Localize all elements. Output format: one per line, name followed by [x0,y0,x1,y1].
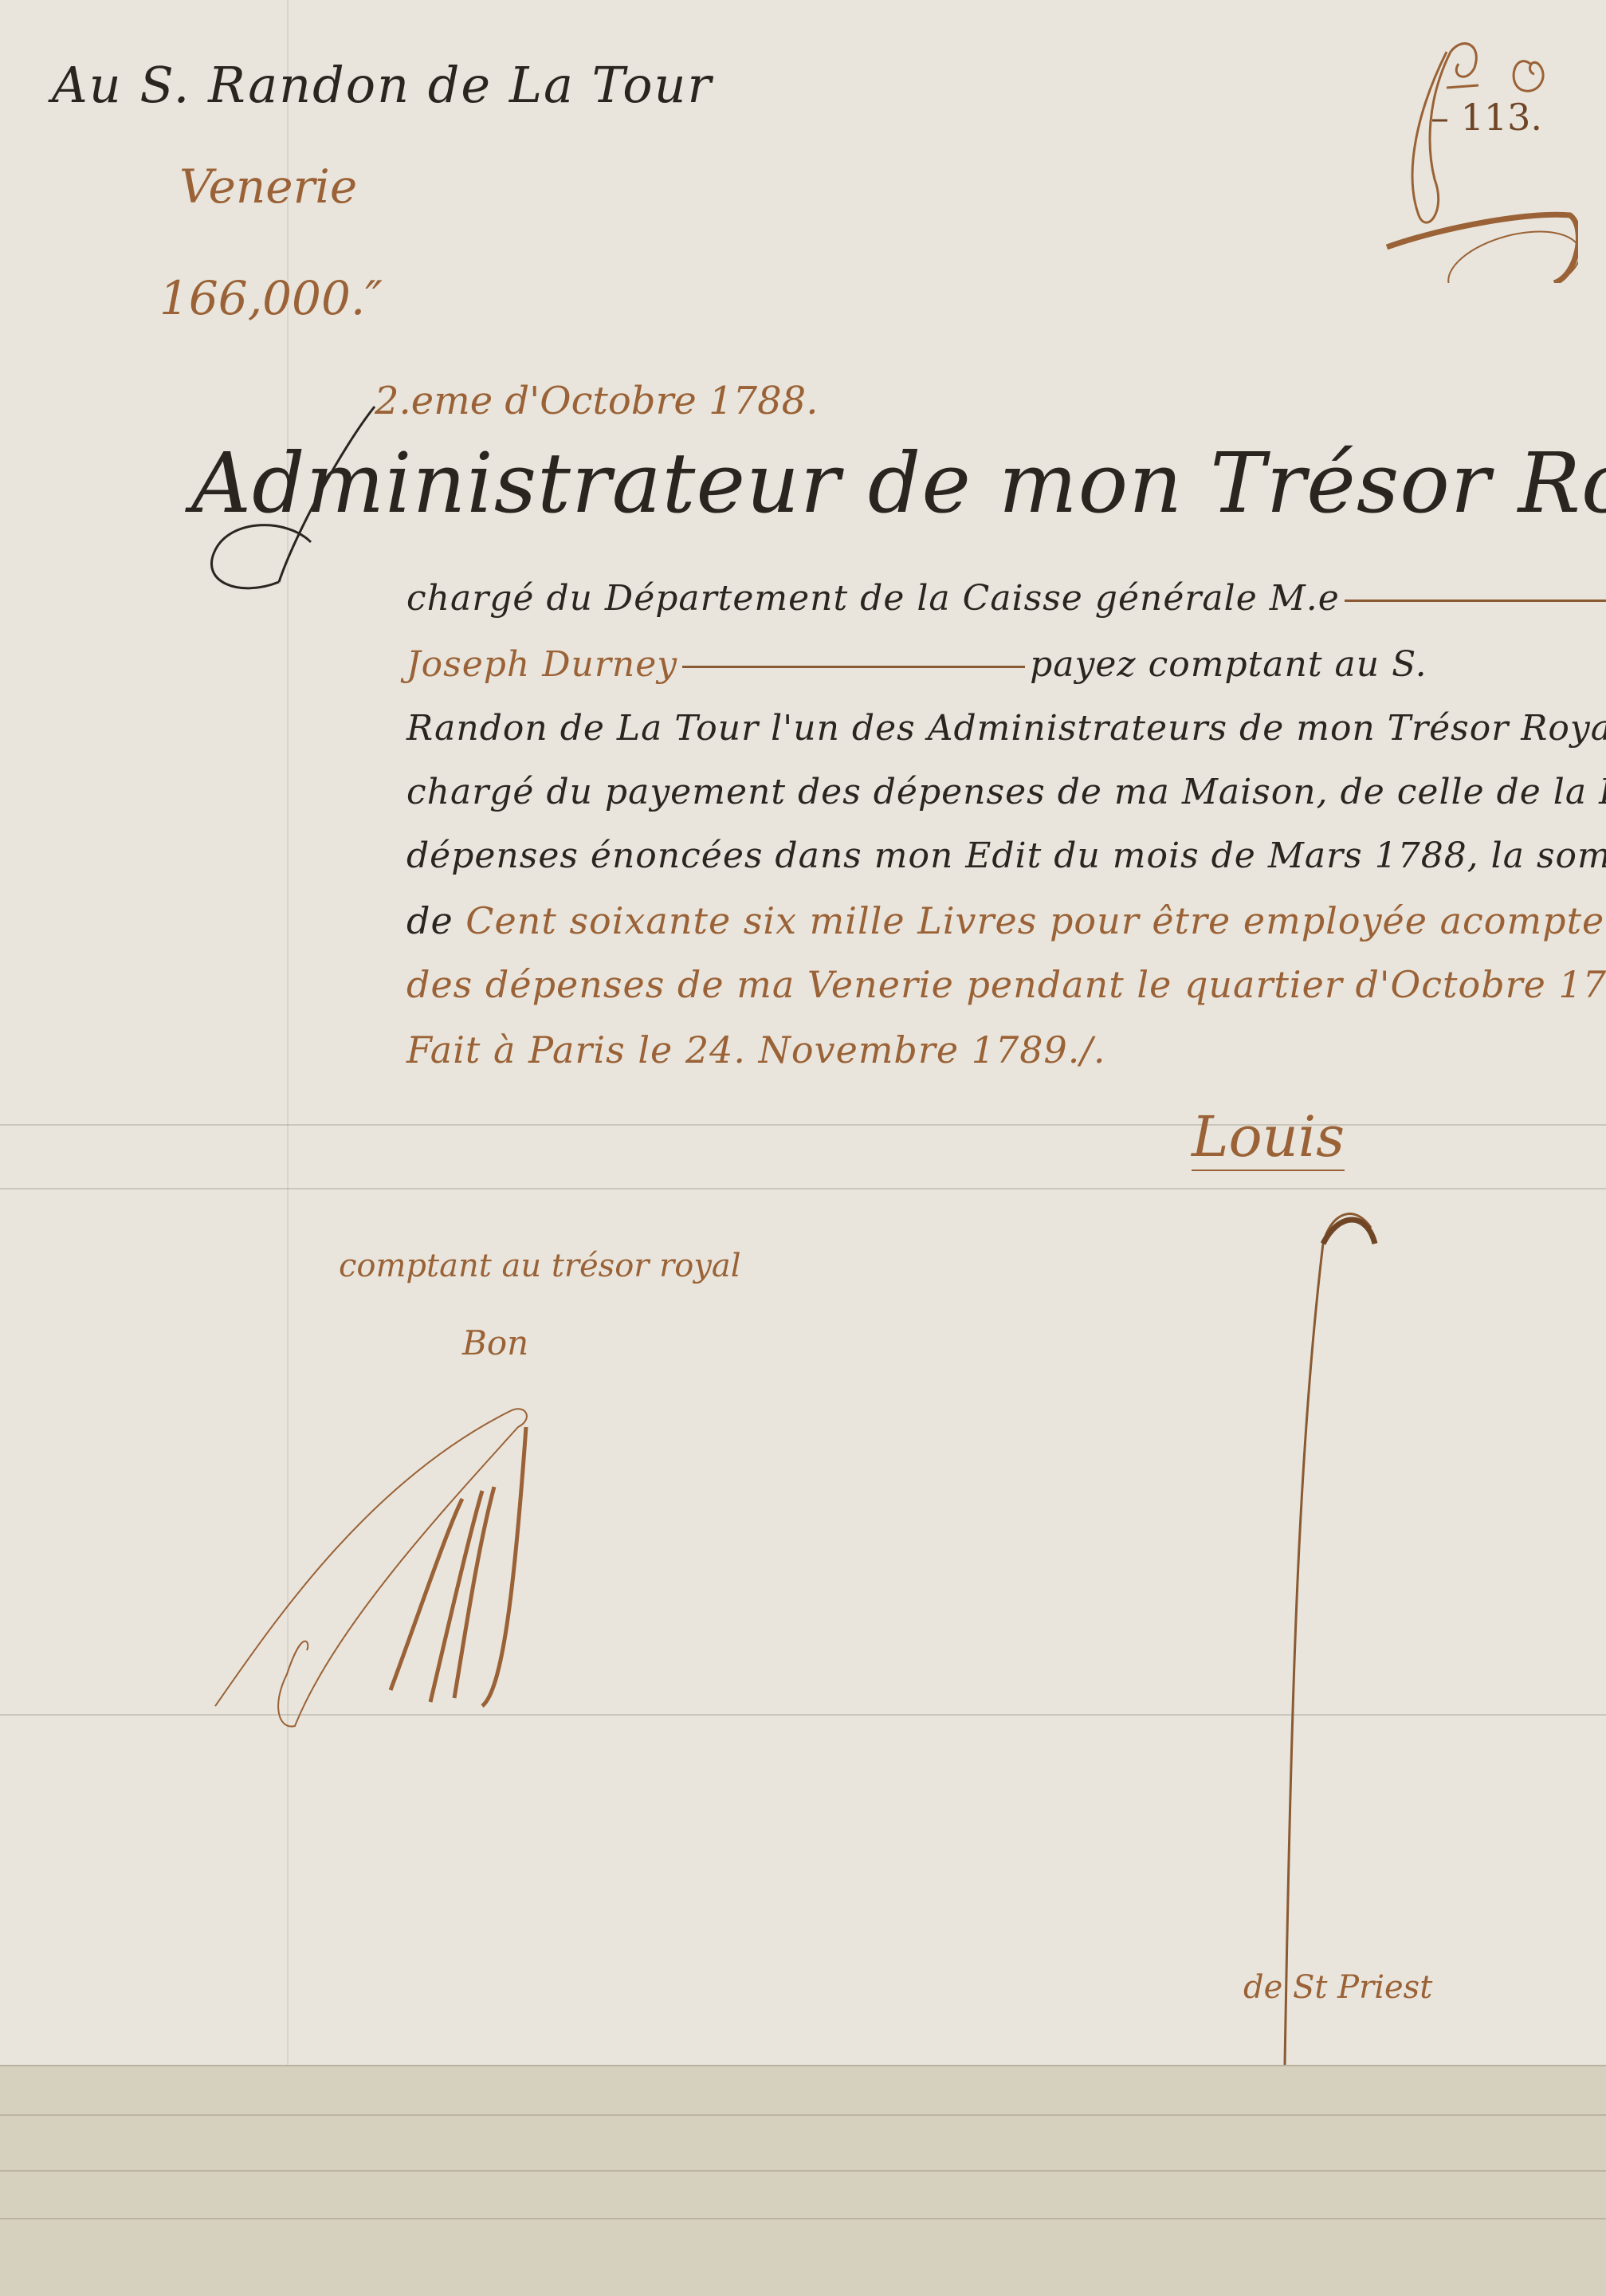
body-line-3: Randon de La Tour l'un des Administrateu… [406,708,1606,749]
blank-rule [1345,600,1606,602]
body-line-7: des dépenses de ma Venerie pendant le qu… [406,963,1606,1006]
body-text: payez comptant au S. [1030,644,1427,685]
body-line-2: Joseph Durneypayez comptant au S. [406,644,1427,685]
body-line-1: chargé du Département de la Caisse génér… [406,578,1606,619]
paraph-stroke-icon [1275,1204,1403,2065]
folio-flourish-icon [1371,20,1578,283]
mount-crease [0,2114,1606,2116]
document-title: Administrateur de mon Trésor Royal [191,434,1606,532]
fold-line [0,1124,1606,1126]
date-line: Fait à Paris le 24. Novembre 1789./. [406,1028,1106,1071]
fold-line [0,1188,1606,1189]
sum-in-words: Cent soixante six mille Livres pour être… [465,899,1606,942]
mount-crease [0,2170,1606,2172]
addressee: Au S. Randon de La Tour [52,56,713,114]
blank-rule [682,666,1025,668]
approval-signature-icon [207,1387,622,1730]
document-sheet: Au S. Randon de La Tour Venerie 166,000.… [0,0,1606,2065]
mount-crease [0,2218,1606,2219]
body-line-5: dépenses énoncées dans mon Edit du mois … [406,835,1606,876]
body-line-4: chargé du payement des dépenses de ma Ma… [406,772,1606,812]
folio-number: – 113. [1431,96,1542,139]
amount-figure: 166,000.″ [159,271,383,325]
body-text: chargé du Département de la Caisse génér… [406,578,1340,619]
department-label: Venerie [179,159,357,214]
minister-countersignature: de St Priest [1243,1969,1432,2006]
approval-bon: Bon [462,1323,528,1362]
treasurer-name: Joseph Durney [406,644,677,685]
approval-note: comptant au trésor royal [339,1248,741,1284]
mount-board [0,2065,1606,2296]
body-text: de [406,899,454,942]
king-signature: Louis [1192,1104,1345,1171]
quarter-note: 2.eme d'Octobre 1788. [375,379,818,423]
body-line-6: de Cent soixante six mille Livres pour ê… [406,899,1606,942]
